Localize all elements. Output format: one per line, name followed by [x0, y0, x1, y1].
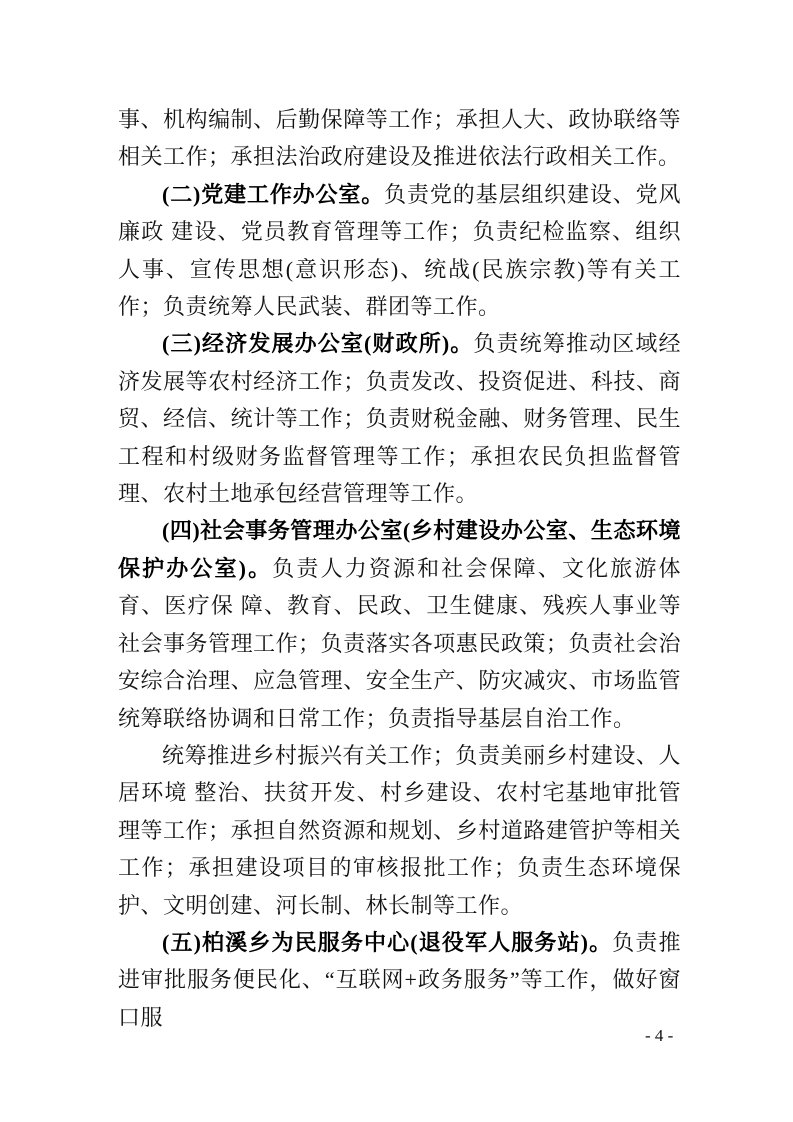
continuation-paragraph: 事、机构编制、后勤保障等工作；承担人大、政协联络等相关工作；承担法治政府建设及推…: [118, 101, 681, 176]
section-heading: (二)党建工作办公室。: [162, 182, 384, 207]
document-body: 事、机构编制、后勤保障等工作；承担人大、政协联络等相关工作；承担法治政府建设及推…: [118, 101, 681, 1036]
section-3-economic-development-office: (三)经济发展办公室(财政所)。负责统筹推动区域经济发展等农村经济工作；负责发改…: [118, 325, 681, 512]
section-4-social-affairs-office: (四)社会事务管理办公室(乡村建设办公室、生态环境保护办公室)。负责人力资源和社…: [118, 512, 681, 736]
section-5-public-service-center: (五)柏溪乡为民服务中心(退役军人服务站)。负责推进审批服务便民化、“互联网+政…: [118, 924, 681, 1036]
document-page: 事、机构编制、后勤保障等工作；承担人大、政协联络等相关工作；承担法治政府建设及推…: [0, 0, 793, 1122]
page-number: - 4 -: [645, 1026, 673, 1046]
rural-revitalization-paragraph: 统筹推进乡村振兴有关工作；负责美丽乡村建设、人居环境 整治、扶贫开发、村乡建设、…: [118, 737, 681, 924]
section-heading: (三)经济发展办公室(财政所)。: [162, 331, 473, 356]
section-heading: (四)社会事务管理办公室(乡村建设办公室、生态环境保护办公室)。: [118, 518, 681, 580]
section-heading: (五)柏溪乡为民服务中心(退役军人服务站)。: [162, 930, 612, 955]
section-2-party-building-office: (二)党建工作办公室。负责党的基层组织建设、党风廉政 建设、党员教育管理等工作；…: [118, 176, 681, 326]
